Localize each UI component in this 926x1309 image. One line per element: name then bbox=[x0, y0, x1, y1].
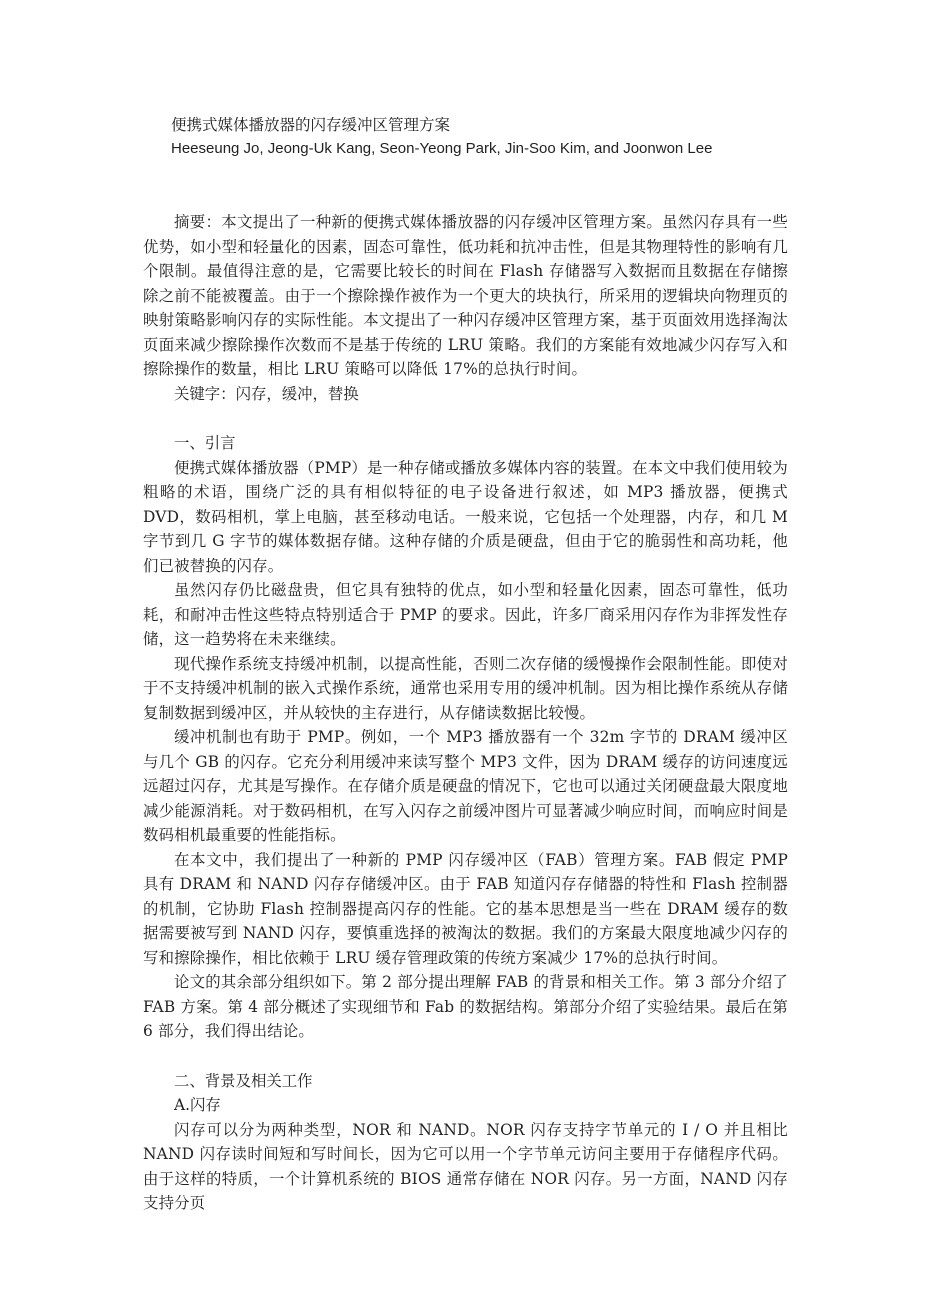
body-paragraph: 在本文中，我们提出了一种新的 PMP 闪存缓冲区（FAB）管理方案。FAB 假定… bbox=[143, 848, 788, 971]
body-paragraph: 缓冲机制也有助于 PMP。例如，一个 MP3 播放器有一个 32m 字节的 DR… bbox=[143, 725, 788, 848]
abstract-paragraph: 摘要：本文提出了一种新的便携式媒体播放器的闪存缓冲区管理方案。虽然闪存具有一些优… bbox=[143, 210, 788, 382]
section-heading-introduction: 一、引言 bbox=[143, 431, 788, 456]
body-paragraph: 虽然闪存仍比磁盘贵，但它具有独特的优点，如小型和轻量化因素，固态可靠性，低功耗，… bbox=[143, 578, 788, 652]
keywords-line: 关键字：闪存，缓冲，替换 bbox=[143, 382, 788, 407]
spacer bbox=[143, 406, 788, 431]
section-heading-background: 二、背景及相关工作 bbox=[143, 1069, 788, 1094]
body-paragraph: 论文的其余部分组织如下。第 2 部分提出理解 FAB 的背景和相关工作。第 3 … bbox=[143, 970, 788, 1044]
subsection-heading-flash: A.闪存 bbox=[143, 1093, 788, 1118]
body-paragraph: 便携式媒体播放器（PMP）是一种存储或播放多媒体内容的装置。在本文中我们使用较为… bbox=[143, 456, 788, 579]
spacer bbox=[143, 161, 788, 210]
paper-title: 便携式媒体播放器的闪存缓冲区管理方案 bbox=[143, 113, 788, 137]
spacer bbox=[143, 1044, 788, 1069]
paper-authors: Heeseung Jo, Jeong-Uk Kang, Seon-Yeong P… bbox=[143, 137, 788, 161]
document-page: 便携式媒体播放器的闪存缓冲区管理方案 Heeseung Jo, Jeong-Uk… bbox=[143, 113, 788, 1216]
body-paragraph: 现代操作系统支持缓冲机制，以提高性能，否则二次存储的缓慢操作会限制性能。即使对于… bbox=[143, 652, 788, 726]
body-paragraph: 闪存可以分为两种类型，NOR 和 NAND。NOR 闪存支持字节单元的 I / … bbox=[143, 1118, 788, 1216]
